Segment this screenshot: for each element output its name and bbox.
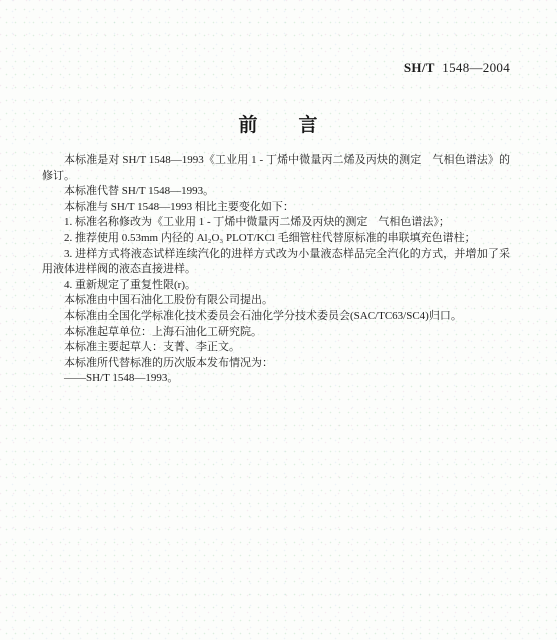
paragraph: 本标准是对 SH/T 1548—1993《工业用 1 - 丁烯中微量丙二烯及丙炔… xyxy=(42,153,510,184)
document-page: SH/T 1548—2004 前 言 本标准是对 SH/T 1548—1993《… xyxy=(0,0,557,640)
paragraph: 本标准主要起草人：支菁、李正文。 xyxy=(42,340,510,356)
paragraph: 本标准与 SH/T 1548—1993 相比主要变化如下： xyxy=(42,200,510,216)
paragraph: 本标准所代替标准的历次版本发布情况为： xyxy=(42,356,510,372)
standard-prefix: SH/T xyxy=(404,60,435,75)
paragraph: 2. 推荐使用 0.53mm 内径的 Al₂O₃ PLOT/KCl 毛细管柱代替… xyxy=(42,231,510,247)
paragraph: 本标准由全国化学标准化技术委员会石油化学分技术委员会(SAC/TC63/SC4)… xyxy=(42,309,510,325)
paragraph: 3. 进样方式将液态试样连续汽化的进样方式改为小量液态样品完全汽化的方式，并增加… xyxy=(42,247,510,278)
page-title: 前 言 xyxy=(0,110,557,137)
paragraph: 本标准代替 SH/T 1548—1993。 xyxy=(42,184,510,200)
paragraph: 本标准起草单位：上海石油化工研究院。 xyxy=(42,325,510,341)
paragraph: ——SH/T 1548—1993。 xyxy=(42,371,510,387)
paragraph: 本标准由中国石油化工股份有限公司提出。 xyxy=(42,293,510,309)
standard-code: SH/T 1548—2004 xyxy=(404,60,510,76)
foreword-body: 本标准是对 SH/T 1548—1993《工业用 1 - 丁烯中微量丙二烯及丙炔… xyxy=(42,153,510,387)
paragraph: 1. 标准名称修改为《工业用 1 - 丁烯中微量丙二烯及丙炔的测定 气相色谱法》… xyxy=(42,215,510,231)
standard-number: 1548—2004 xyxy=(442,60,510,75)
paragraph: 4. 重新规定了重复性限(r)。 xyxy=(42,278,510,294)
